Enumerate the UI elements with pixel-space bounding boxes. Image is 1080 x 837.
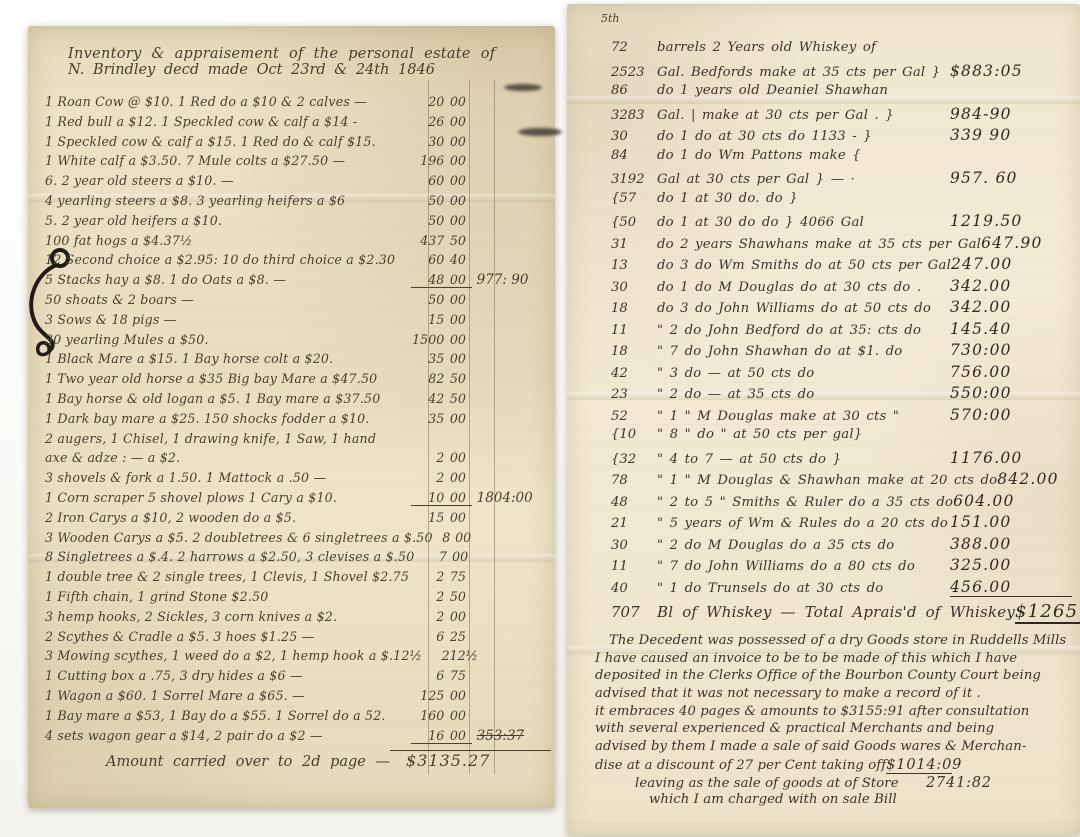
line-text: leaving as the sale of goods at of Store bbox=[635, 776, 926, 791]
whiskey-row: {50 do 1 at 30 do do } 4066 Gal 1219.50 bbox=[589, 212, 1072, 234]
paragraph-line: with several experienced & practical Mer… bbox=[589, 721, 1072, 739]
paragraph-line: The Decedent was possessed of a dry Good… bbox=[589, 633, 1072, 651]
amount-dollars: 160 bbox=[411, 708, 444, 723]
page-right: 5th 72 barrels 2 Years old Whiskey of 25… bbox=[567, 4, 1080, 835]
total-quantity: 707 bbox=[611, 603, 657, 621]
inventory-row: 2 augers, 1 Chisel, 1 drawing knife, 1 S… bbox=[42, 431, 551, 451]
amount-cents: 75 bbox=[444, 668, 471, 683]
row-description: 5 Stacks hay a $8. 1 do Oats a $8. — bbox=[42, 272, 411, 287]
amount-dollars: 15 bbox=[411, 312, 444, 327]
amount-cents: 00 bbox=[444, 153, 471, 168]
row-description: 3 hemp hooks, 2 Sickles, 3 corn knives a… bbox=[42, 609, 411, 624]
whiskey-row: 52 " 1 " M Douglas make at 30 cts " 570:… bbox=[589, 406, 1072, 428]
row-description: 1 Bay horse & old logan a $5. 1 Bay mare… bbox=[42, 391, 411, 406]
row-text: " 7 do John Williams do a 80 cts do bbox=[657, 559, 950, 574]
line-text: advised by them I made a sale of said Go… bbox=[595, 739, 1026, 754]
row-amount: 456.00 bbox=[950, 578, 1072, 597]
amount-cents: 00 bbox=[444, 688, 471, 703]
amount-cents: 00 bbox=[444, 708, 471, 723]
row-quantity: 23 bbox=[611, 387, 657, 402]
row-text: " 1 " M Douglas & Shawhan make at 20 cts… bbox=[657, 473, 997, 488]
row-amount: 647.90 bbox=[981, 234, 1080, 252]
amount-dollars: 437 bbox=[411, 233, 444, 248]
row-amount: 957. 60 bbox=[950, 169, 1072, 187]
row-text: " 2 do M Douglas do a 35 cts do bbox=[657, 538, 950, 553]
inventory-row: 3 shovels & fork a 1.50. 1 Mattock a .50… bbox=[42, 470, 551, 490]
row-description: axe & adze : — a $2. bbox=[42, 450, 411, 465]
row-amount: 570:00 bbox=[950, 406, 1072, 424]
inventory-list: 1 Roan Cow @ $10. 1 Red do a $10 & 2 cal… bbox=[42, 94, 551, 747]
row-text: Gal. | make at 30 cts per Gal . } bbox=[657, 108, 950, 123]
closing-paragraph: The Decedent was possessed of a dry Good… bbox=[589, 633, 1072, 810]
amount-dollars: 42 bbox=[411, 391, 444, 406]
row-description: 3 shovels & fork a 1.50. 1 Mattock a .50… bbox=[42, 470, 411, 485]
row-description: 1 Roan Cow @ $10. 1 Red do a $10 & 2 cal… bbox=[42, 94, 411, 109]
inventory-row: 1 Black Mare a $15. 1 Bay horse colt a $… bbox=[42, 351, 551, 371]
amount-dollars: 16 bbox=[411, 728, 444, 744]
amount-cents: 00 bbox=[444, 728, 471, 744]
line-text: advised that it was not necessary to mak… bbox=[595, 686, 981, 701]
row-text: " 4 to 7 — at 50 cts do } bbox=[657, 452, 950, 467]
row-quantity: 48 bbox=[611, 495, 657, 510]
line-amount: 2741:82 bbox=[926, 775, 1072, 791]
row-quantity: {32 bbox=[611, 452, 657, 467]
row-quantity: 31 bbox=[611, 237, 657, 252]
row-quantity: {10 bbox=[611, 427, 657, 442]
total-label: Bl of Whiskey — Total Aprais'd of Whiske… bbox=[657, 603, 1015, 621]
row-description: 1 Bay mare a $53, 1 Bay do a $55. 1 Sorr… bbox=[42, 708, 411, 723]
inventory-row: 1 double tree & 2 single trees, 1 Clevis… bbox=[42, 569, 551, 589]
inventory-row: 1 Speckled cow & calf a $15. 1 Red do & … bbox=[42, 134, 551, 154]
whiskey-list: 72 barrels 2 Years old Whiskey of 2523 G… bbox=[589, 40, 1072, 599]
amount-cents: 40 bbox=[444, 252, 471, 267]
row-text: Gal. Bedfords make at 35 cts per Gal } bbox=[657, 65, 950, 80]
inventory-row: 3 Sows & 18 pigs — 15 00 bbox=[42, 312, 551, 332]
row-amount: 1219.50 bbox=[950, 212, 1072, 230]
paragraph-line: deposited in the Clerks Office of the Bo… bbox=[589, 668, 1072, 686]
amount-cents: 00 bbox=[444, 173, 471, 188]
amount-dollars: 35 bbox=[411, 411, 444, 426]
amount-subtotal: 977: 90 bbox=[472, 272, 551, 288]
whiskey-row: 13 do 3 do Wm Smiths do at 50 cts per Ga… bbox=[589, 255, 1072, 277]
row-quantity: 18 bbox=[611, 301, 657, 316]
amount-dollars: 82 bbox=[411, 371, 444, 386]
amount-cents: 50 bbox=[444, 589, 471, 604]
row-description: 2 Scythes & Cradle a $5. 3 hoes $1.25 — bbox=[42, 629, 411, 644]
row-description: 1 Fifth chain, 1 grind Stone $2.50 bbox=[42, 589, 411, 604]
paragraph-line: dise at a discount of 27 per Cent taking… bbox=[589, 757, 1072, 775]
amount-cents: 00 bbox=[444, 411, 471, 426]
row-quantity: {57 bbox=[611, 191, 657, 206]
row-amount: 145.40 bbox=[950, 320, 1072, 338]
row-text: do 3 do Wm Smiths do at 50 cts per Gal bbox=[657, 258, 951, 273]
amount-dollars: 2 bbox=[419, 648, 450, 663]
amount-dollars: 48 bbox=[411, 272, 444, 288]
carried-row: Amount carried over to 2d page — $3135.2… bbox=[42, 750, 551, 770]
amount-dollars: 2 bbox=[411, 569, 444, 584]
row-description: 3 Mowing scythes, 1 weed do a $2, 1 hemp… bbox=[42, 648, 419, 663]
inventory-row: axe & adze : — a $2. 2 00 bbox=[42, 450, 551, 470]
paragraph-line: I have caused an invoice to be to be mad… bbox=[589, 651, 1072, 669]
inventory-row: 30 yearling Mules a $50. 1500 00 bbox=[42, 332, 551, 352]
inventory-row: 12 Second choice a $2.95: 10 do third ch… bbox=[42, 252, 551, 272]
row-amount: 604.00 bbox=[953, 492, 1075, 510]
whiskey-row: 18 " 7 do John Shawhan do at $1. do 730:… bbox=[589, 341, 1072, 363]
amount-dollars: 1500 bbox=[411, 332, 444, 347]
row-amount: 756.00 bbox=[950, 363, 1072, 381]
row-description: 1 Red bull a $12. 1 Speckled cow & calf … bbox=[42, 114, 411, 129]
amount-cents: 00 bbox=[444, 272, 471, 288]
whiskey-row: 2523 Gal. Bedfords make at 35 cts per Ga… bbox=[589, 62, 1072, 84]
whiskey-row: {57 do 1 at 30 do. do } bbox=[589, 191, 1072, 213]
whiskey-row: 3192 Gal at 30 cts per Gal } — · 957. 60 bbox=[589, 169, 1072, 191]
row-description: 12 Second choice a $2.95: 10 do third ch… bbox=[42, 252, 411, 267]
row-quantity: 30 bbox=[611, 129, 657, 144]
inventory-row: 1 Wagon a $60. 1 Sorrel Mare a $65. — 12… bbox=[42, 688, 551, 708]
row-text: do 1 years old Deaniel Shawhan bbox=[657, 83, 950, 98]
line-text: with several experienced & practical Mer… bbox=[595, 721, 994, 736]
inventory-row: 2 Iron Carys a $10, 2 wooden do a $5. 15… bbox=[42, 510, 551, 530]
line-amount: $1014:09 bbox=[886, 757, 952, 774]
whiskey-row: {32 " 4 to 7 — at 50 cts do } 1176.00 bbox=[589, 449, 1072, 471]
page-left: Inventory & appraisement of the personal… bbox=[28, 26, 555, 808]
row-quantity: 11 bbox=[611, 559, 657, 574]
row-description: 50 shoats & 2 boars — bbox=[42, 292, 411, 307]
row-amount: 325.00 bbox=[950, 556, 1072, 574]
row-description: 1 Wagon a $60. 1 Sorrel Mare a $65. — bbox=[42, 688, 411, 703]
inventory-row: 5 Stacks hay a $8. 1 do Oats a $8. — 48 … bbox=[42, 272, 551, 292]
amount-dollars: 30 bbox=[411, 134, 444, 149]
amount-dollars: 7 bbox=[414, 549, 446, 564]
inventory-row: 1 White calf a $3.50. 7 Mule colts a $27… bbox=[42, 153, 551, 173]
inventory-row: 100 fat hogs a $4.37½ 437 50 bbox=[42, 233, 551, 253]
amount-cents: 75 bbox=[444, 569, 471, 584]
amount-dollars: 50 bbox=[411, 292, 444, 307]
row-text: do 3 do John Williams do at 50 cts do bbox=[657, 301, 950, 316]
amount-cents: 50 bbox=[444, 391, 471, 406]
whiskey-row: 42 " 3 do — at 50 cts do 756.00 bbox=[589, 363, 1072, 385]
paragraph-line: which I am charged with on sale Bill bbox=[589, 792, 1072, 810]
paragraph-line: advised that it was not necessary to mak… bbox=[589, 686, 1072, 704]
row-description: 3 Sows & 18 pigs — bbox=[42, 312, 411, 327]
inventory-row: 5. 2 year old heifers a $10. 50 00 bbox=[42, 213, 551, 233]
amount-cents: 00 bbox=[447, 549, 474, 564]
row-quantity: 86 bbox=[611, 83, 657, 98]
row-quantity: 2523 bbox=[611, 65, 657, 80]
amount-cents: 00 bbox=[444, 332, 471, 347]
amount-dollars: 26 bbox=[411, 114, 444, 129]
total-amount: $12657:50 bbox=[1015, 601, 1080, 624]
paragraph-line: advised by them I made a sale of said Go… bbox=[589, 739, 1072, 757]
line-text: The Decedent was possessed of a dry Good… bbox=[609, 633, 1066, 648]
amount-cents: 00 bbox=[444, 490, 471, 506]
whiskey-row: 84 do 1 do Wm Pattons make { bbox=[589, 148, 1072, 170]
amount-cents: 00 bbox=[444, 510, 471, 525]
row-quantity: 40 bbox=[611, 581, 657, 596]
corner-mark: 5th bbox=[601, 12, 620, 25]
amount-dollars: 196 bbox=[411, 153, 444, 168]
whiskey-row: 78 " 1 " M Douglas & Shawhan make at 20 … bbox=[589, 470, 1072, 492]
row-quantity: 13 bbox=[611, 258, 657, 273]
row-description: 5. 2 year old heifers a $10. bbox=[42, 213, 411, 228]
inventory-row: 4 sets wagon gear a $14, 2 pair do a $2 … bbox=[42, 728, 551, 748]
row-amount: 730:00 bbox=[950, 341, 1072, 359]
amount-cents: 50 bbox=[444, 233, 471, 248]
whiskey-row: 30 do 1 do at 30 cts do 1133 - } 339 90 bbox=[589, 126, 1072, 148]
row-description: 1 White calf a $3.50. 7 Mule colts a $27… bbox=[42, 153, 411, 168]
inventory-row: 1 Corn scraper 5 shovel plows 1 Cary a $… bbox=[42, 490, 551, 510]
amount-cents: 25 bbox=[444, 629, 471, 644]
amount-dollars: 2 bbox=[411, 450, 444, 465]
amount-cents: 00 bbox=[444, 312, 471, 327]
amount-cents: 00 bbox=[444, 94, 471, 109]
inventory-row: 6. 2 year old steers a $10. — 60 00 bbox=[42, 173, 551, 193]
row-text: " 7 do John Shawhan do at $1. do bbox=[657, 344, 950, 359]
amount-dollars: 2 bbox=[411, 609, 444, 624]
line-text: it embraces 40 pages & amounts to $3155:… bbox=[595, 704, 1029, 719]
paragraph-line: leaving as the sale of goods at of Store… bbox=[589, 775, 1072, 793]
amount-cents: 12½ bbox=[450, 648, 478, 663]
row-amount: 342.00 bbox=[950, 277, 1072, 295]
row-description: 4 yearling steers a $8. 3 yearling heife… bbox=[42, 193, 411, 208]
row-description: 1 Dark bay mare a $25. 150 shocks fodder… bbox=[42, 411, 411, 426]
inventory-row: 1 Bay mare a $53, 1 Bay do a $55. 1 Sorr… bbox=[42, 708, 551, 728]
whiskey-row: 11 " 2 do John Bedford do at 35: cts do … bbox=[589, 320, 1072, 342]
amount-cents: 00 bbox=[444, 450, 471, 465]
row-description: 1 Two year old horse a $35 Big bay Mare … bbox=[42, 371, 411, 386]
row-text: do 1 do at 30 cts do 1133 - } bbox=[657, 129, 950, 144]
row-amount: $883:05 bbox=[950, 62, 1072, 80]
inventory-row: 1 Two year old horse a $35 Big bay Mare … bbox=[42, 371, 551, 391]
amount-dollars: 15 bbox=[411, 510, 444, 525]
row-amount: 1176.00 bbox=[950, 449, 1072, 467]
row-quantity: 21 bbox=[611, 516, 657, 531]
inventory-row: 8 Singletrees a $.4. 2 harrows a $2.50, … bbox=[42, 549, 551, 569]
inventory-row: 50 shoats & 2 boars — 50 00 bbox=[42, 292, 551, 312]
paragraph-line: it embraces 40 pages & amounts to $3155:… bbox=[589, 704, 1072, 722]
row-quantity: {50 bbox=[611, 215, 657, 230]
row-description: 1 Cutting box a .75, 3 dry hides a $6 — bbox=[42, 668, 411, 683]
row-amount: 339 90 bbox=[950, 126, 1072, 144]
row-text: " 8 " do " at 50 cts per gal} bbox=[657, 427, 950, 442]
amount-dollars: 35 bbox=[411, 351, 444, 366]
amount-cents: 00 bbox=[444, 114, 471, 129]
row-quantity: 11 bbox=[611, 323, 657, 338]
row-description: 100 fat hogs a $4.37½ bbox=[42, 233, 411, 248]
whiskey-row: 48 " 2 to 5 " Smiths & Ruler do a 35 cts… bbox=[589, 492, 1072, 514]
row-text: " 1 do Trunsels do at 30 cts do bbox=[657, 581, 950, 596]
inventory-row: 3 hemp hooks, 2 Sickles, 3 corn knives a… bbox=[42, 609, 551, 629]
amount-dollars: 6 bbox=[411, 629, 444, 644]
amount-subtotal: 353:37 bbox=[472, 728, 551, 744]
row-text: Gal at 30 cts per Gal } — · bbox=[657, 172, 950, 187]
inventory-row: 3 Wooden Carys a $5. 2 doubletrees & 6 s… bbox=[42, 530, 551, 550]
document-subtitle: N. Brindley decd made Oct 23rd & 24th 18… bbox=[42, 62, 551, 88]
total-row: 707 Bl of Whiskey — Total Aprais'd of Wh… bbox=[589, 601, 1072, 627]
amount-dollars: 8 bbox=[419, 530, 450, 545]
row-quantity: 72 bbox=[611, 40, 657, 55]
whiskey-row: 30 do 1 do M Douglas do at 30 cts do . 3… bbox=[589, 277, 1072, 299]
row-description: 1 Corn scraper 5 shovel plows 1 Cary a $… bbox=[42, 490, 411, 505]
amount-dollars: 60 bbox=[411, 252, 444, 267]
amount-subtotal: 1804:00 bbox=[472, 490, 551, 506]
whiskey-row: 72 barrels 2 Years old Whiskey of bbox=[589, 40, 1072, 62]
line-text: dise at a discount of 27 per Cent taking… bbox=[595, 758, 886, 773]
amount-cents: 00 bbox=[444, 134, 471, 149]
amount-dollars: 2 bbox=[411, 589, 444, 604]
carried-label: Amount carried over to 2d page — bbox=[42, 754, 390, 770]
page-left-content: Inventory & appraisement of the personal… bbox=[42, 46, 551, 770]
row-description: 4 sets wagon gear a $14, 2 pair do a $2 … bbox=[42, 728, 411, 743]
row-description: 30 yearling Mules a $50. bbox=[42, 332, 411, 347]
row-amount: 842.00 bbox=[997, 470, 1080, 488]
amount-dollars: 50 bbox=[411, 213, 444, 228]
row-amount: 342.00 bbox=[950, 298, 1072, 316]
whiskey-row: 23 " 2 do — at 35 cts do 550:00 bbox=[589, 384, 1072, 406]
row-text: " 2 do — at 35 cts do bbox=[657, 387, 950, 402]
row-text: " 2 do John Bedford do at 35: cts do bbox=[657, 323, 950, 338]
row-description: 2 Iron Carys a $10, 2 wooden do a $5. bbox=[42, 510, 411, 525]
whiskey-row: 18 do 3 do John Williams do at 50 cts do… bbox=[589, 298, 1072, 320]
row-text: do 1 at 30 do do } 4066 Gal bbox=[657, 215, 950, 230]
amount-cents: 50 bbox=[444, 371, 471, 386]
whiskey-row: 21 " 5 years of Wm & Rules do a 20 cts d… bbox=[589, 513, 1072, 535]
whiskey-row: 30 " 2 do M Douglas do a 35 cts do 388.0… bbox=[589, 535, 1072, 557]
row-description: 1 double tree & 2 single trees, 1 Clevis… bbox=[42, 569, 411, 584]
row-amount: 550:00 bbox=[950, 384, 1072, 402]
row-quantity: 3283 bbox=[611, 108, 657, 123]
amount-cents: 00 bbox=[444, 193, 471, 208]
inventory-row: 1 Cutting box a .75, 3 dry hides a $6 — … bbox=[42, 668, 551, 688]
amount-dollars: 125 bbox=[411, 688, 444, 703]
row-text: do 1 at 30 do. do } bbox=[657, 191, 950, 206]
amount-dollars: 20 bbox=[411, 94, 444, 109]
row-text: " 1 " M Douglas make at 30 cts " bbox=[657, 409, 950, 424]
whiskey-row: {10 " 8 " do " at 50 cts per gal} bbox=[589, 427, 1072, 449]
row-description: 6. 2 year old steers a $10. — bbox=[42, 173, 411, 188]
row-quantity: 3192 bbox=[611, 172, 657, 187]
row-text: do 1 do Wm Pattons make { bbox=[657, 148, 950, 163]
inventory-row: 1 Roan Cow @ $10. 1 Red do a $10 & 2 cal… bbox=[42, 94, 551, 114]
amount-cents: 00 bbox=[450, 530, 476, 545]
row-amount: 984-90 bbox=[950, 105, 1072, 123]
amount-cents: 00 bbox=[444, 351, 471, 366]
row-description: 3 Wooden Carys a $5. 2 doubletrees & 6 s… bbox=[42, 530, 419, 545]
whiskey-row: 40 " 1 do Trunsels do at 30 cts do 456.0… bbox=[589, 578, 1072, 600]
inventory-row: 4 yearling steers a $8. 3 yearling heife… bbox=[42, 193, 551, 213]
row-quantity: 78 bbox=[611, 473, 657, 488]
amount-cents: 00 bbox=[444, 292, 471, 307]
row-quantity: 30 bbox=[611, 538, 657, 553]
row-amount: 151.00 bbox=[950, 513, 1072, 531]
row-quantity: 42 bbox=[611, 366, 657, 381]
row-quantity: 84 bbox=[611, 148, 657, 163]
row-quantity: 30 bbox=[611, 280, 657, 295]
inventory-row: 3 Mowing scythes, 1 weed do a $2, 1 hemp… bbox=[42, 648, 551, 668]
amount-cents: 00 bbox=[444, 609, 471, 624]
whiskey-row: 86 do 1 years old Deaniel Shawhan bbox=[589, 83, 1072, 105]
inventory-row: 1 Red bull a $12. 1 Speckled cow & calf … bbox=[42, 114, 551, 134]
row-text: do 1 do M Douglas do at 30 cts do . bbox=[657, 280, 950, 295]
row-description: 2 augers, 1 Chisel, 1 drawing knife, 1 S… bbox=[42, 431, 411, 446]
row-description: 1 Speckled cow & calf a $15. 1 Red do & … bbox=[42, 134, 411, 149]
amount-dollars: 2 bbox=[411, 470, 444, 485]
line-text: deposited in the Clerks Office of the Bo… bbox=[595, 668, 1041, 683]
row-amount: 247.00 bbox=[951, 255, 1073, 273]
row-amount: 388.00 bbox=[950, 535, 1072, 553]
row-text: " 5 years of Wm & Rules do a 20 cts do bbox=[657, 516, 950, 531]
amount-dollars: 50 bbox=[411, 193, 444, 208]
page-right-content: 72 barrels 2 Years old Whiskey of 2523 G… bbox=[589, 40, 1072, 810]
row-text: " 3 do — at 50 cts do bbox=[657, 366, 950, 381]
row-description: 1 Black Mare a $15. 1 Bay horse colt a $… bbox=[42, 351, 411, 366]
row-quantity: 18 bbox=[611, 344, 657, 359]
whiskey-row: 31 do 2 years Shawhans make at 35 cts pe… bbox=[589, 234, 1072, 256]
amount-cents: 00 bbox=[444, 470, 471, 485]
line-text: I have caused an invoice to be to be mad… bbox=[595, 651, 1017, 666]
inventory-row: 1 Dark bay mare a $25. 150 shocks fodder… bbox=[42, 411, 551, 431]
inventory-row: 1 Fifth chain, 1 grind Stone $2.50 2 50 bbox=[42, 589, 551, 609]
row-description: 8 Singletrees a $.4. 2 harrows a $2.50, … bbox=[42, 549, 414, 564]
amount-cents: 00 bbox=[444, 213, 471, 228]
document-title: Inventory & appraisement of the personal… bbox=[42, 46, 551, 62]
row-text: do 2 years Shawhans make at 35 cts per G… bbox=[657, 237, 981, 252]
row-text: barrels 2 Years old Whiskey of bbox=[657, 40, 950, 55]
inventory-row: 2 Scythes & Cradle a $5. 3 hoes $1.25 — … bbox=[42, 629, 551, 649]
inventory-row: 1 Bay horse & old logan a $5. 1 Bay mare… bbox=[42, 391, 551, 411]
amount-dollars: 10 bbox=[411, 490, 444, 506]
row-text: " 2 to 5 " Smiths & Ruler do a 35 cts do bbox=[657, 495, 953, 510]
amount-dollars: 6 bbox=[411, 668, 444, 683]
amount-dollars: 60 bbox=[411, 173, 444, 188]
line-text: which I am charged with on sale Bill bbox=[649, 792, 926, 807]
whiskey-row: 3283 Gal. | make at 30 cts per Gal . } 9… bbox=[589, 105, 1072, 127]
row-quantity: 52 bbox=[611, 409, 657, 424]
whiskey-row: 11 " 7 do John Williams do a 80 cts do 3… bbox=[589, 556, 1072, 578]
carried-amount: $3135.27 bbox=[390, 750, 551, 770]
